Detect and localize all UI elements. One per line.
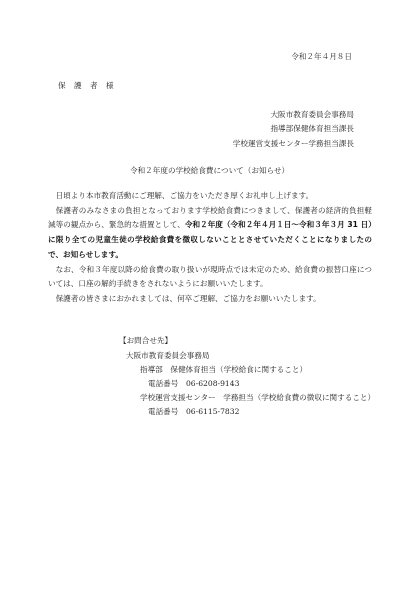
body-paragraph-4: 保護者の皆さまにおかれましては、何卒ご理解、ご協力をお願いいたします。 [48, 292, 372, 307]
body-paragraph-2: 保護者のみなさまの負担となっております学校給食費につきまして、保護者の経済的負担… [48, 204, 372, 263]
body-paragraph-3: なお、令和３年度以降の給食費の取り扱いが現時点では未定のため、給食費の振替口座に… [48, 263, 372, 292]
document-date: 令和２年４月８日 [291, 52, 352, 62]
contact-dept2: 学校運営支援センター 学務担当（学校給食費の徴収に関すること） [140, 393, 375, 403]
contact-phone1: 電話番号 06-6208-9143 [148, 379, 239, 389]
contact-org: 大阪市教育委員会事務局 [126, 351, 210, 361]
addressee: 保 護 者 様 [58, 81, 117, 91]
sender-dept1: 指導部保健体育担当課長 [270, 124, 354, 134]
sender-dept2: 学校運営支援センター学務担当課長 [233, 139, 354, 149]
sender-org: 大阪市教育委員会事務局 [270, 110, 354, 120]
contact-heading: 【お問合せ先】 [119, 336, 172, 346]
document-body: 日頃より本市教育活動にご理解、ご協力をいただき厚くお礼申し上げます。 保護者のみ… [48, 189, 372, 307]
body-paragraph-1: 日頃より本市教育活動にご理解、ご協力をいただき厚くお礼申し上げます。 [48, 189, 372, 204]
contact-phone2: 電話番号 06-6115-7832 [148, 407, 239, 417]
document-title: 令和２年度の学校給食費について（お知らせ） [130, 166, 289, 176]
contact-dept1: 指導部 保健体育担当（学校給食に関すること） [140, 365, 307, 375]
